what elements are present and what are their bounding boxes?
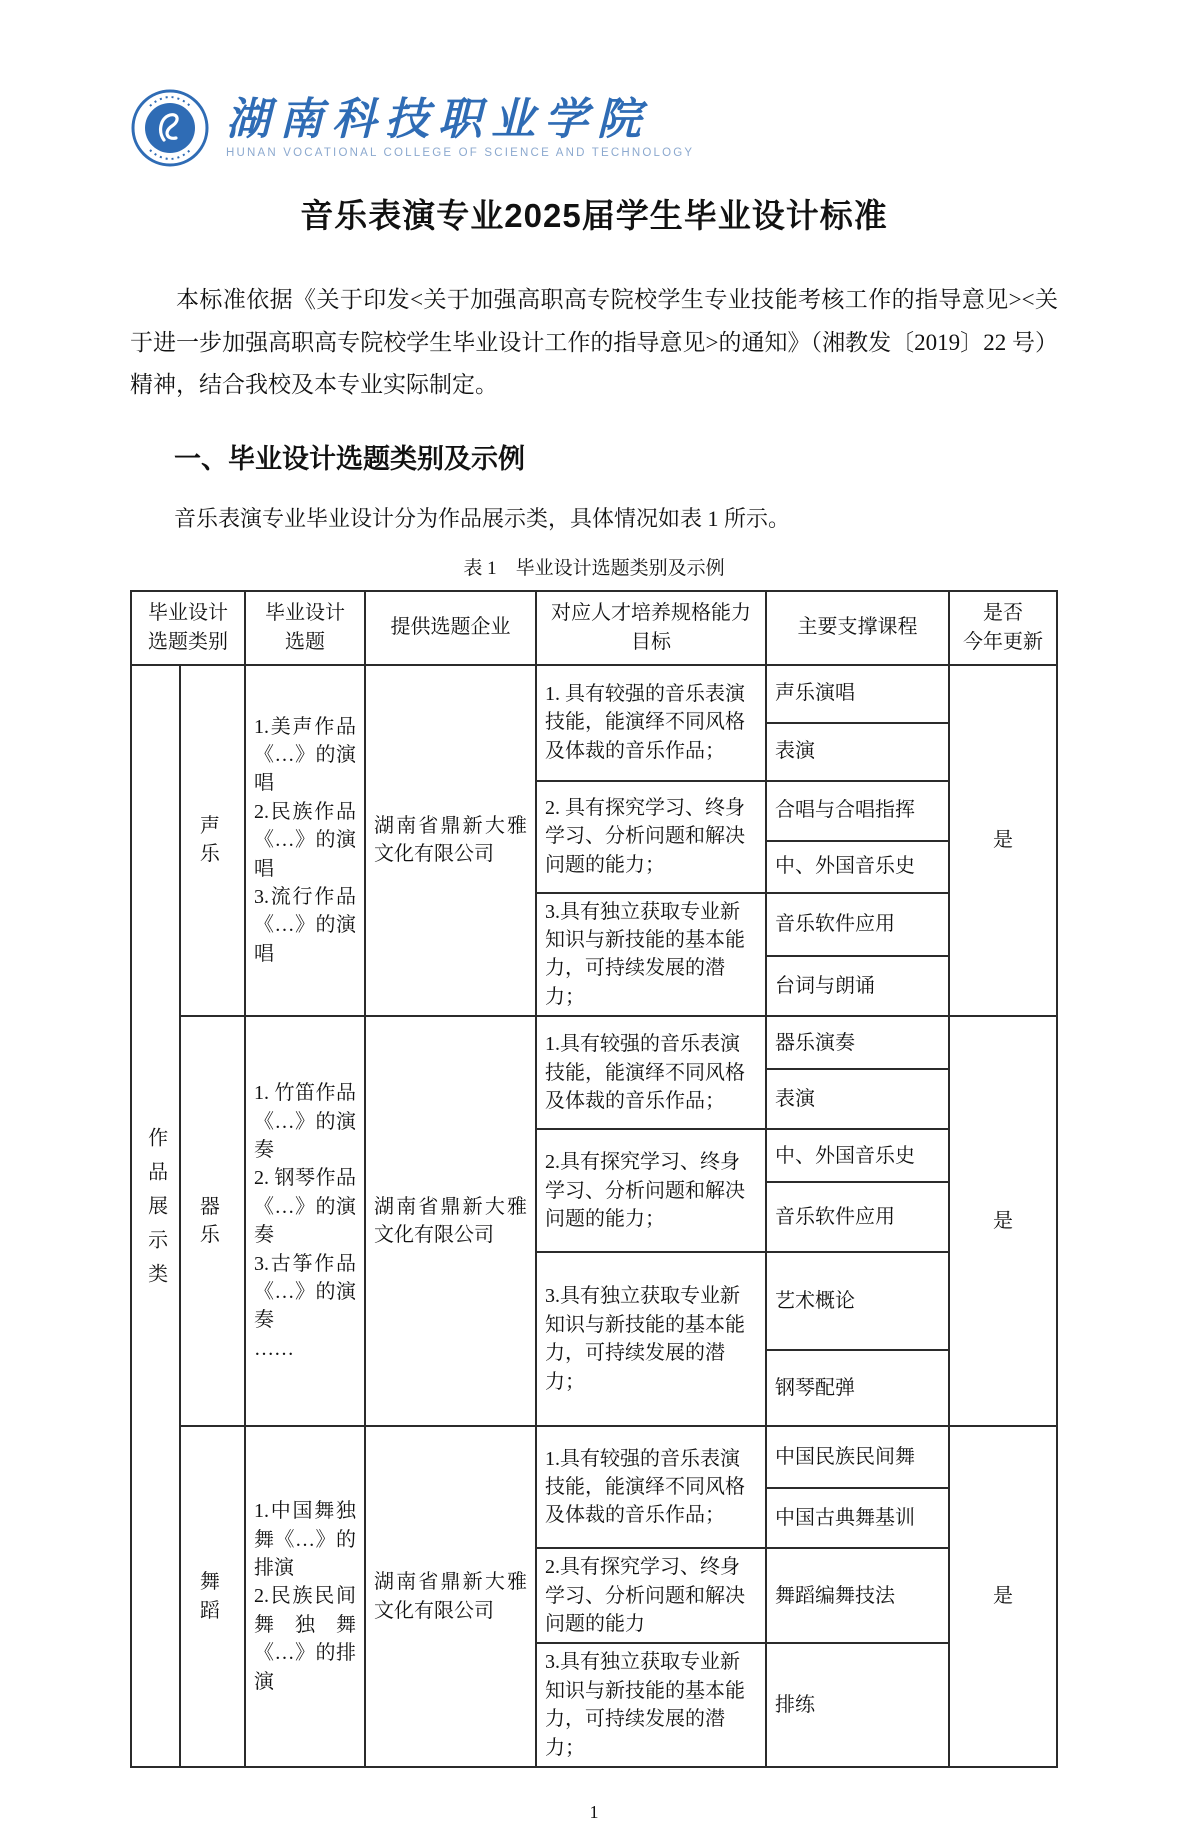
header-cell-category: 毕业设计 选题类别: [131, 591, 245, 665]
section-1-heading: 一、毕业设计选题类别及示例: [174, 437, 1058, 476]
course-cell: 中国古典舞基训: [766, 1488, 949, 1548]
course-cell: 音乐软件应用: [766, 893, 949, 956]
table-header-row: 毕业设计 选题类别 毕业设计 选题 提供选题企业 对应人才培养规格能力 目标 主…: [131, 591, 1057, 665]
course-cell: 钢琴配弹: [766, 1350, 949, 1426]
company-cell: 湖南省鼎新大雅文化有限公司: [365, 1016, 536, 1426]
table-row: 器乐 1. 竹笛作品《…》的演奏 2. 钢琴作品《…》的演奏 3.古筝作品《…》…: [131, 1016, 1057, 1069]
page-number: 1: [130, 1802, 1058, 1823]
genre-cell-dance: 舞蹈: [180, 1426, 245, 1767]
course-cell: 排练: [766, 1643, 949, 1767]
updated-cell: 是: [949, 665, 1057, 1017]
topic-item: ……: [254, 1335, 356, 1363]
course-cell: 中、外国音乐史: [766, 841, 949, 893]
table-row: 作品展示类 声乐 1.美声作品《…》的演唱 2.民族作品《…》的演唱 3.流行作…: [131, 665, 1057, 723]
course-cell: 器乐演奏: [766, 1016, 949, 1069]
course-cell: 中、外国音乐史: [766, 1129, 949, 1182]
updated-cell: 是: [949, 1016, 1057, 1426]
updated-cell: 是: [949, 1426, 1057, 1767]
topic-item: 2. 钢琴作品《…》的演奏: [254, 1164, 356, 1249]
topic-item: 3.流行作品《…》的演唱: [254, 883, 356, 968]
ability-cell: 3.具有独立获取专业新知识与新技能的基本能力，可持续发展的潜力；: [536, 1252, 766, 1426]
course-cell: 音乐软件应用: [766, 1182, 949, 1252]
topics-cell: 1.美声作品《…》的演唱 2.民族作品《…》的演唱 3.流行作品《…》的演唱: [245, 665, 365, 1017]
section-1-lead: 音乐表演专业毕业设计分为作品展示类，具体情况如表 1 所示。: [130, 502, 1058, 533]
ability-cell: 1.具有较强的音乐表演技能，能演绎不同风格及体裁的音乐作品；: [536, 1426, 766, 1548]
company-cell: 湖南省鼎新大雅文化有限公司: [365, 665, 536, 1017]
intro-paragraph: 本标准依据《关于印发<关于加强高职高专院校学生专业技能考核工作的指导意见><关于…: [130, 279, 1058, 407]
topic-item: 2.民族民间舞独舞《…》的排演: [254, 1582, 356, 1696]
course-cell: 合唱与合唱指挥: [766, 781, 949, 841]
header-cell-ability: 对应人才培养规格能力 目标: [536, 591, 766, 665]
header-cell-updated: 是否 今年更新: [949, 591, 1057, 665]
topic-item: 2.民族作品《…》的演唱: [254, 798, 356, 883]
college-names: 湖南科技职业学院 HUNAN VOCATIONAL COLLEGE OF SCI…: [226, 97, 694, 158]
ability-cell: 2. 具有探究学习、终身学习、分析问题和解决问题的能力；: [536, 781, 766, 893]
topic-item: 1.美声作品《…》的演唱: [254, 713, 356, 798]
topic-item: 1. 竹笛作品《…》的演奏: [254, 1079, 356, 1164]
course-cell: 台词与朗诵: [766, 956, 949, 1017]
ability-cell: 1. 具有较强的音乐表演技能，能演绎不同风格及体裁的音乐作品；: [536, 665, 766, 781]
course-cell: 表演: [766, 1069, 949, 1129]
course-cell: 声乐演唱: [766, 665, 949, 723]
genre-cell-instrumental: 器乐: [180, 1016, 245, 1426]
table-row: 舞蹈 1.中国舞独舞《…》的排演 2.民族民间舞独舞《…》的排演 湖南省鼎新大雅…: [131, 1426, 1057, 1488]
college-name-chinese: 湖南科技职业学院: [226, 97, 694, 143]
topics-cell: 1. 竹笛作品《…》的演奏 2. 钢琴作品《…》的演奏 3.古筝作品《…》的演奏…: [245, 1016, 365, 1426]
topic-item: 3.古筝作品《…》的演奏: [254, 1250, 356, 1335]
genre-cell-vocal: 声乐: [180, 665, 245, 1017]
ability-cell: 1.具有较强的音乐表演技能，能演绎不同风格及体裁的音乐作品；: [536, 1016, 766, 1129]
category-cell: 作品展示类: [131, 665, 180, 1767]
college-name-english: HUNAN VOCATIONAL COLLEGE OF SCIENCE AND …: [226, 147, 694, 159]
college-emblem-icon: [130, 88, 210, 168]
table-caption: 表 1 毕业设计选题类别及示例: [130, 553, 1058, 580]
document-page: 湖南科技职业学院 HUNAN VOCATIONAL COLLEGE OF SCI…: [130, 0, 1058, 1823]
course-cell: 艺术概论: [766, 1252, 949, 1350]
topics-table: 毕业设计 选题类别 毕业设计 选题 提供选题企业 对应人才培养规格能力 目标 主…: [130, 590, 1058, 1768]
ability-cell: 2.具有探究学习、终身学习、分析问题和解决问题的能力；: [536, 1129, 766, 1252]
company-cell: 湖南省鼎新大雅文化有限公司: [365, 1426, 536, 1767]
course-cell: 表演: [766, 723, 949, 781]
header-cell-courses: 主要支撑课程: [766, 591, 949, 665]
course-cell: 舞蹈编舞技法: [766, 1548, 949, 1643]
ability-cell: 2.具有探究学习、终身学习、分析问题和解决问题的能力: [536, 1548, 766, 1643]
header-cell-company: 提供选题企业: [365, 591, 536, 665]
topic-item: 1.中国舞独舞《…》的排演: [254, 1497, 356, 1582]
document-title: 音乐表演专业2025届学生毕业设计标准: [130, 190, 1058, 237]
ability-cell: 3.具有独立获取专业新知识与新技能的基本能力，可持续发展的潜力；: [536, 1643, 766, 1767]
college-logo: 湖南科技职业学院 HUNAN VOCATIONAL COLLEGE OF SCI…: [130, 86, 1058, 170]
header-cell-topic: 毕业设计 选题: [245, 591, 365, 665]
course-cell: 中国民族民间舞: [766, 1426, 949, 1488]
topics-cell: 1.中国舞独舞《…》的排演 2.民族民间舞独舞《…》的排演: [245, 1426, 365, 1767]
ability-cell: 3.具有独立获取专业新知识与新技能的基本能力，可持续发展的潜力；: [536, 893, 766, 1017]
